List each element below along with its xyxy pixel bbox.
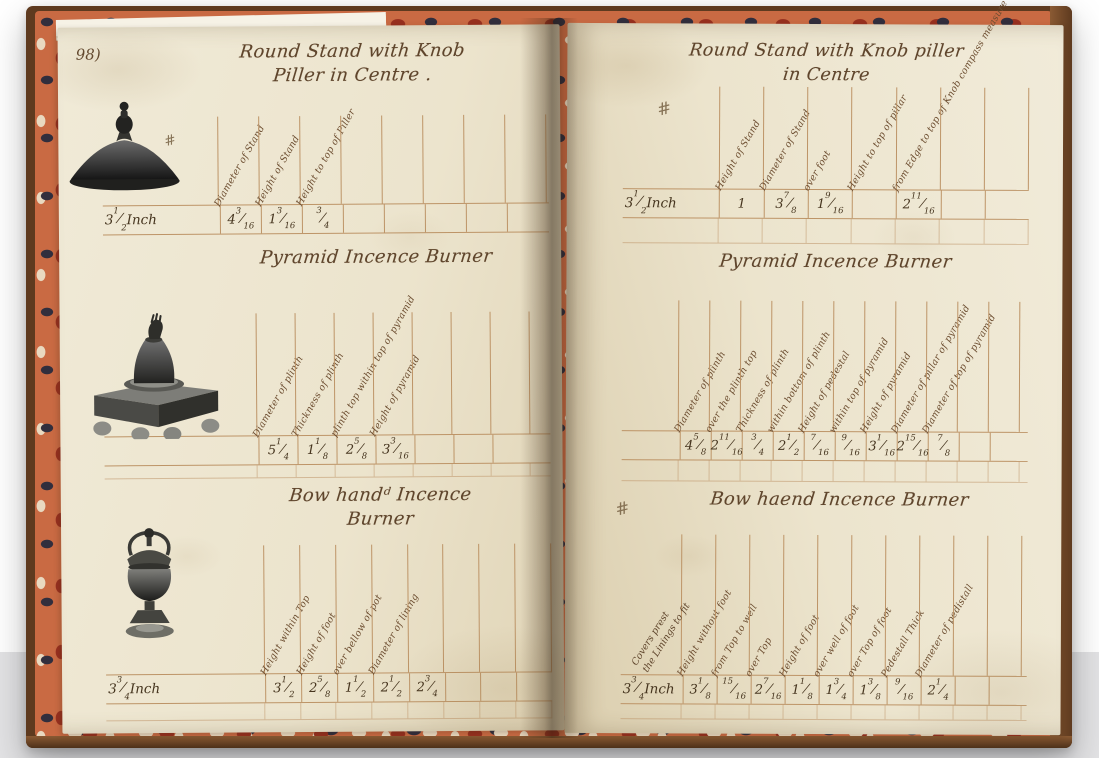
measurement-value: 1 9⁄16 [808,190,852,218]
table-column: over the plinth top [709,301,741,431]
values-row: 3 1⁄2 Inch 1 3 7⁄8 1 9⁄16 2 11⁄16 [623,188,1029,220]
table-column: within bottom of plinth [771,301,803,431]
table-column: plinth top within top of pyramid [334,313,374,435]
table-column [514,543,552,671]
section-title: Bow handᵈ IncenceBurner [105,478,551,534]
table-column [953,536,988,676]
measurement-value: 2 3⁄4 [409,673,445,701]
table-column: Height of Stand [719,87,764,189]
empty-cell [452,464,491,476]
empty-cell [851,705,885,719]
empty-cell [919,705,953,719]
empty-cell [802,461,833,481]
table-column: Diameter of top of pyramid [926,301,958,431]
empty-cell [783,705,817,719]
row-spacer [106,703,264,720]
measurement-value: 4 5⁄8 [680,431,711,459]
table-column [988,302,1021,432]
table-column: Height to top of Piller [299,116,341,204]
empty-grid-row [621,704,1027,721]
table-column: Diameter of Stand [763,87,808,189]
empty-cell [771,461,802,481]
empty-cell [850,219,894,243]
empty-cell [762,219,806,243]
empty-cell [833,461,864,481]
table-column: Height of pyramid [373,312,413,434]
bow-censer-illustration [99,511,200,678]
empty-cell [953,706,987,720]
table-column [957,302,989,432]
right-page-content: Round Stand with Knob pillerin Centre#He… [621,35,1030,723]
measurement-value: 9⁄16 [887,676,921,704]
table-column: Height within Top [263,545,300,673]
title-line: Bow haend Incence Burner [650,487,1029,513]
measurement-value: 2 7⁄16 [751,676,785,704]
measurement-value: 9⁄16 [835,432,866,460]
title-line: Burner [209,507,552,534]
empty-cell [491,463,531,475]
empty-cell [296,465,335,477]
measurement-value: 1 1⁄8 [297,436,336,464]
empty-cell [335,465,374,477]
section-pyramid-incence-burner: Pyramid Incence BurnerDiameter of plinth… [103,240,551,481]
row-spacer [622,460,678,480]
right-page: Round Stand with Knob pillerin Centre#He… [564,23,1063,735]
pyramid-burner-illustration [87,287,222,444]
measurement-value: 4 3⁄16 [220,205,261,233]
measurement-value: 2 1⁄2 [373,673,409,701]
measurement-value: 5 1⁄4 [258,436,297,464]
column-header: Height of Stand [713,118,763,192]
measurement-value [990,433,1021,461]
measurement-value: 2 1⁄4 [921,676,955,704]
section-title: Bow haend Incence Burner [621,483,1027,513]
leather-edge-bottom [26,736,1072,748]
table-column: over bellow of pot [335,545,372,673]
empty-cell [374,464,413,476]
title-line: Bow handᵈ Incence [209,482,552,509]
section-bow-hand-incence-burner: Bow handᵈ IncenceBurnerHeight within Top… [105,478,553,721]
measurement-value [507,203,548,231]
empty-grid-row [623,218,1029,245]
column-header: Height of Stand [253,134,302,209]
empty-cell [957,462,988,482]
empty-cell [336,703,372,719]
measurement-value: 2 15⁄16 [897,432,928,460]
table-column: within top of pyramid [833,301,865,431]
row-spacer [548,203,549,231]
title-line: in Centre [622,63,1031,88]
measurement-value [492,434,531,462]
empty-cell [895,219,939,243]
table-column [984,88,1030,190]
table-column: Height of pyramid [864,301,896,431]
size-row-label: 3 1⁄2 Inch [623,189,719,217]
measurement-value: 15⁄16 [717,676,751,704]
section-round-stand: Round Stand with KnobPiller in Centre .#… [102,34,549,243]
table-column [940,88,985,190]
empty-cell [983,220,1028,244]
measurement-value: 1 3⁄8 [853,676,887,704]
row-spacer [531,434,550,462]
table-column: Height of pedestal [802,301,834,431]
photo-backdrop: 98) Round Stand with KnobPiller in Centr… [0,0,1099,758]
measurement-value: 3 1⁄2 [265,674,301,702]
table-column [504,114,547,202]
measurement-value: 3 1⁄8 [683,675,717,703]
measurement-value: 3⁄4 [742,432,773,460]
row-spacer [623,218,718,242]
empty-cell [479,702,515,718]
row-spacer [621,704,681,718]
header-row: Diameter of StandHeight of StandHeight t… [217,114,549,204]
measurement-value [414,435,453,463]
empty-cell [749,705,783,719]
measurement-value: 7⁄8 [928,432,959,460]
table-column [381,115,423,203]
empty-grid-row [622,460,1028,483]
table-column [422,115,464,203]
table-column: Diameter of plinth [678,300,710,430]
values-row: 4 5⁄8 2 11⁄16 3⁄4 2 1⁄2 7⁄16 9⁄16 3 1⁄16… [622,430,1028,462]
size-row-label: 3 3⁄4 Inch [106,674,265,703]
section-title: Round Stand with Knob pillerin Centre [623,35,1029,88]
table-column: Height of foot [783,535,818,675]
title-line: Pyramid Incence Burner [202,244,550,271]
empty-cell [372,702,408,718]
table-column: Thickness of plinth [740,301,772,431]
column-header: over Top [743,636,774,679]
empty-cell [264,703,300,719]
column-header: over foot [802,149,834,193]
table-column [451,312,491,434]
empty-cell [715,705,749,719]
notebook: 98) Round Stand with KnobPiller in Centr… [26,6,1072,748]
empty-cell [678,460,709,480]
measurement-value: 2 11⁄16 [711,432,742,460]
header-row: Height of StandDiameter of Standover foo… [719,87,1029,190]
empty-cell [444,702,480,718]
measurement-value: 3 7⁄8 [763,190,807,218]
title-line: Round Stand with Knob piller [622,39,1031,64]
measurement-value [955,677,989,705]
table-column: over Top of foot [851,535,886,675]
size-row-label [622,431,680,459]
table-column [407,544,444,672]
measurement-value [940,191,984,219]
table-column: Pedestall Thick [885,535,920,675]
table-column: over Top [749,535,784,675]
row-spacer [1023,677,1027,705]
measurement-table: Diameter of plinthover the plinth topThi… [622,300,1029,483]
measurement-value [453,435,492,463]
table-column [478,544,515,672]
table-column: Thickness of plinth [295,313,335,435]
table-column: Diameter of lining [371,544,408,672]
measurement-value: 3 1⁄16 [866,432,897,460]
empty-cell [817,705,851,719]
measurement-value: 1 3⁄4 [819,676,853,704]
size-row-label: 3 1⁄2 Inch [103,206,220,235]
measurement-value [959,433,990,461]
header-row: Diameter of plinthThickness of plinthpli… [256,311,551,435]
title-line: Pyramid Incence Burner [641,249,1030,275]
section-title: Pyramid Incence Burner [622,245,1028,275]
empty-cell [939,220,983,244]
empty-cell [717,219,761,243]
table-column: Diameter of pillar of pyramid [895,301,927,431]
table-column [340,116,382,204]
measurement-table: Height of StandDiameter of Standover foo… [623,86,1030,245]
empty-cell [987,706,1022,720]
empty-cell [709,461,740,481]
page-number: 98) [76,45,101,63]
measurement-value: 2 5⁄8 [336,436,375,464]
values-row: 3 3⁄4 Inch 3 1⁄8 15⁄16 2 7⁄16 1 1⁄8 1 3⁄… [621,674,1027,706]
empty-cell [895,461,926,481]
table-column: over well of foot [817,535,852,675]
empty-cell [300,703,336,719]
measurement-value [445,673,481,701]
measurement-value: 3 3⁄16 [375,435,414,463]
empty-cell [515,701,552,717]
measurement-value: 7⁄16 [804,432,835,460]
table-column [412,312,452,434]
header-row: Height without footfrom Top to wellover … [681,534,1028,676]
measurement-value [989,677,1023,705]
measurement-value [480,673,516,701]
table-column: Diameter of pedistall [919,535,954,675]
table-column [987,536,1023,676]
measurement-value: 1 1⁄2 [337,674,373,702]
measurement-value: 2 11⁄16 [896,190,940,218]
left-page: 98) Round Stand with KnobPiller in Centr… [58,24,565,733]
measurement-value: 3⁄4 [302,205,343,233]
table-column: Height of Stand [258,116,300,204]
measurement-value [425,204,466,232]
empty-cell [988,462,1020,482]
section-bow-hand-incence-burner: Bow haend Incence Burner#Covers prestthe… [621,483,1028,723]
empty-cell [257,465,296,477]
table-column [490,311,531,433]
measurement-value [343,204,384,232]
row-spacer [1021,433,1028,461]
size-row-label: 3 3⁄4 Inch [621,675,683,703]
title-line: Round Stand with Knob [156,38,549,65]
table-column: Diameter of plinth [256,313,296,435]
left-page-content: 98) Round Stand with KnobPiller in Centr… [102,34,553,721]
measurement-value [466,204,507,232]
empty-grid-row [106,701,552,721]
empty-cell [885,705,919,719]
title-line: Piller in Centre . [156,63,549,90]
header-row: Height within TopHeight of footover bell… [263,543,552,673]
section-title: Pyramid Incence Burner [103,240,549,271]
empty-cell [806,219,850,243]
table-column [443,544,480,672]
table-column: over foot [807,87,852,189]
table-column: Height of foot [299,545,336,673]
empty-cell [864,461,895,481]
section-round-stand: Round Stand with Knob pillerin Centre#He… [623,35,1030,247]
values-row: 3 1⁄2 Inch 4 3⁄16 1 3⁄16 3⁄4 [103,202,549,235]
table-column [463,115,505,203]
measurement-table: Height without footfrom Top to wellover … [621,534,1028,721]
header-row: Diameter of plinthover the plinth topThi… [678,300,1029,432]
table-column: Height to top of pillar [851,87,896,189]
measurement-value: 2 1⁄2 [773,432,804,460]
table-column: from Top to well [715,535,750,675]
measurement-value: 1 1⁄8 [785,676,819,704]
measurement-value [384,204,425,232]
measurement-value [516,672,552,700]
empty-cell [926,461,957,481]
section-pyramid-incence-burner: Pyramid Incence BurnerDiameter of plinth… [622,245,1029,485]
measurement-value: 1 [719,190,763,218]
table-column: from Edge to top of Knob compass measure [895,87,940,189]
empty-cell [413,464,452,476]
empty-cell [408,702,444,718]
empty-cell [681,704,715,718]
measurement-value: 2 5⁄8 [301,674,337,702]
measurement-value [984,191,1028,219]
row-spacer [105,465,257,478]
empty-grid-row [105,463,551,479]
table-column: Diameter of Stand [217,116,259,204]
measurement-value [852,190,896,218]
empty-cell [740,461,771,481]
measurement-value: 1 3⁄16 [261,205,302,233]
section-title: Round Stand with KnobPiller in Centre . [102,34,548,90]
